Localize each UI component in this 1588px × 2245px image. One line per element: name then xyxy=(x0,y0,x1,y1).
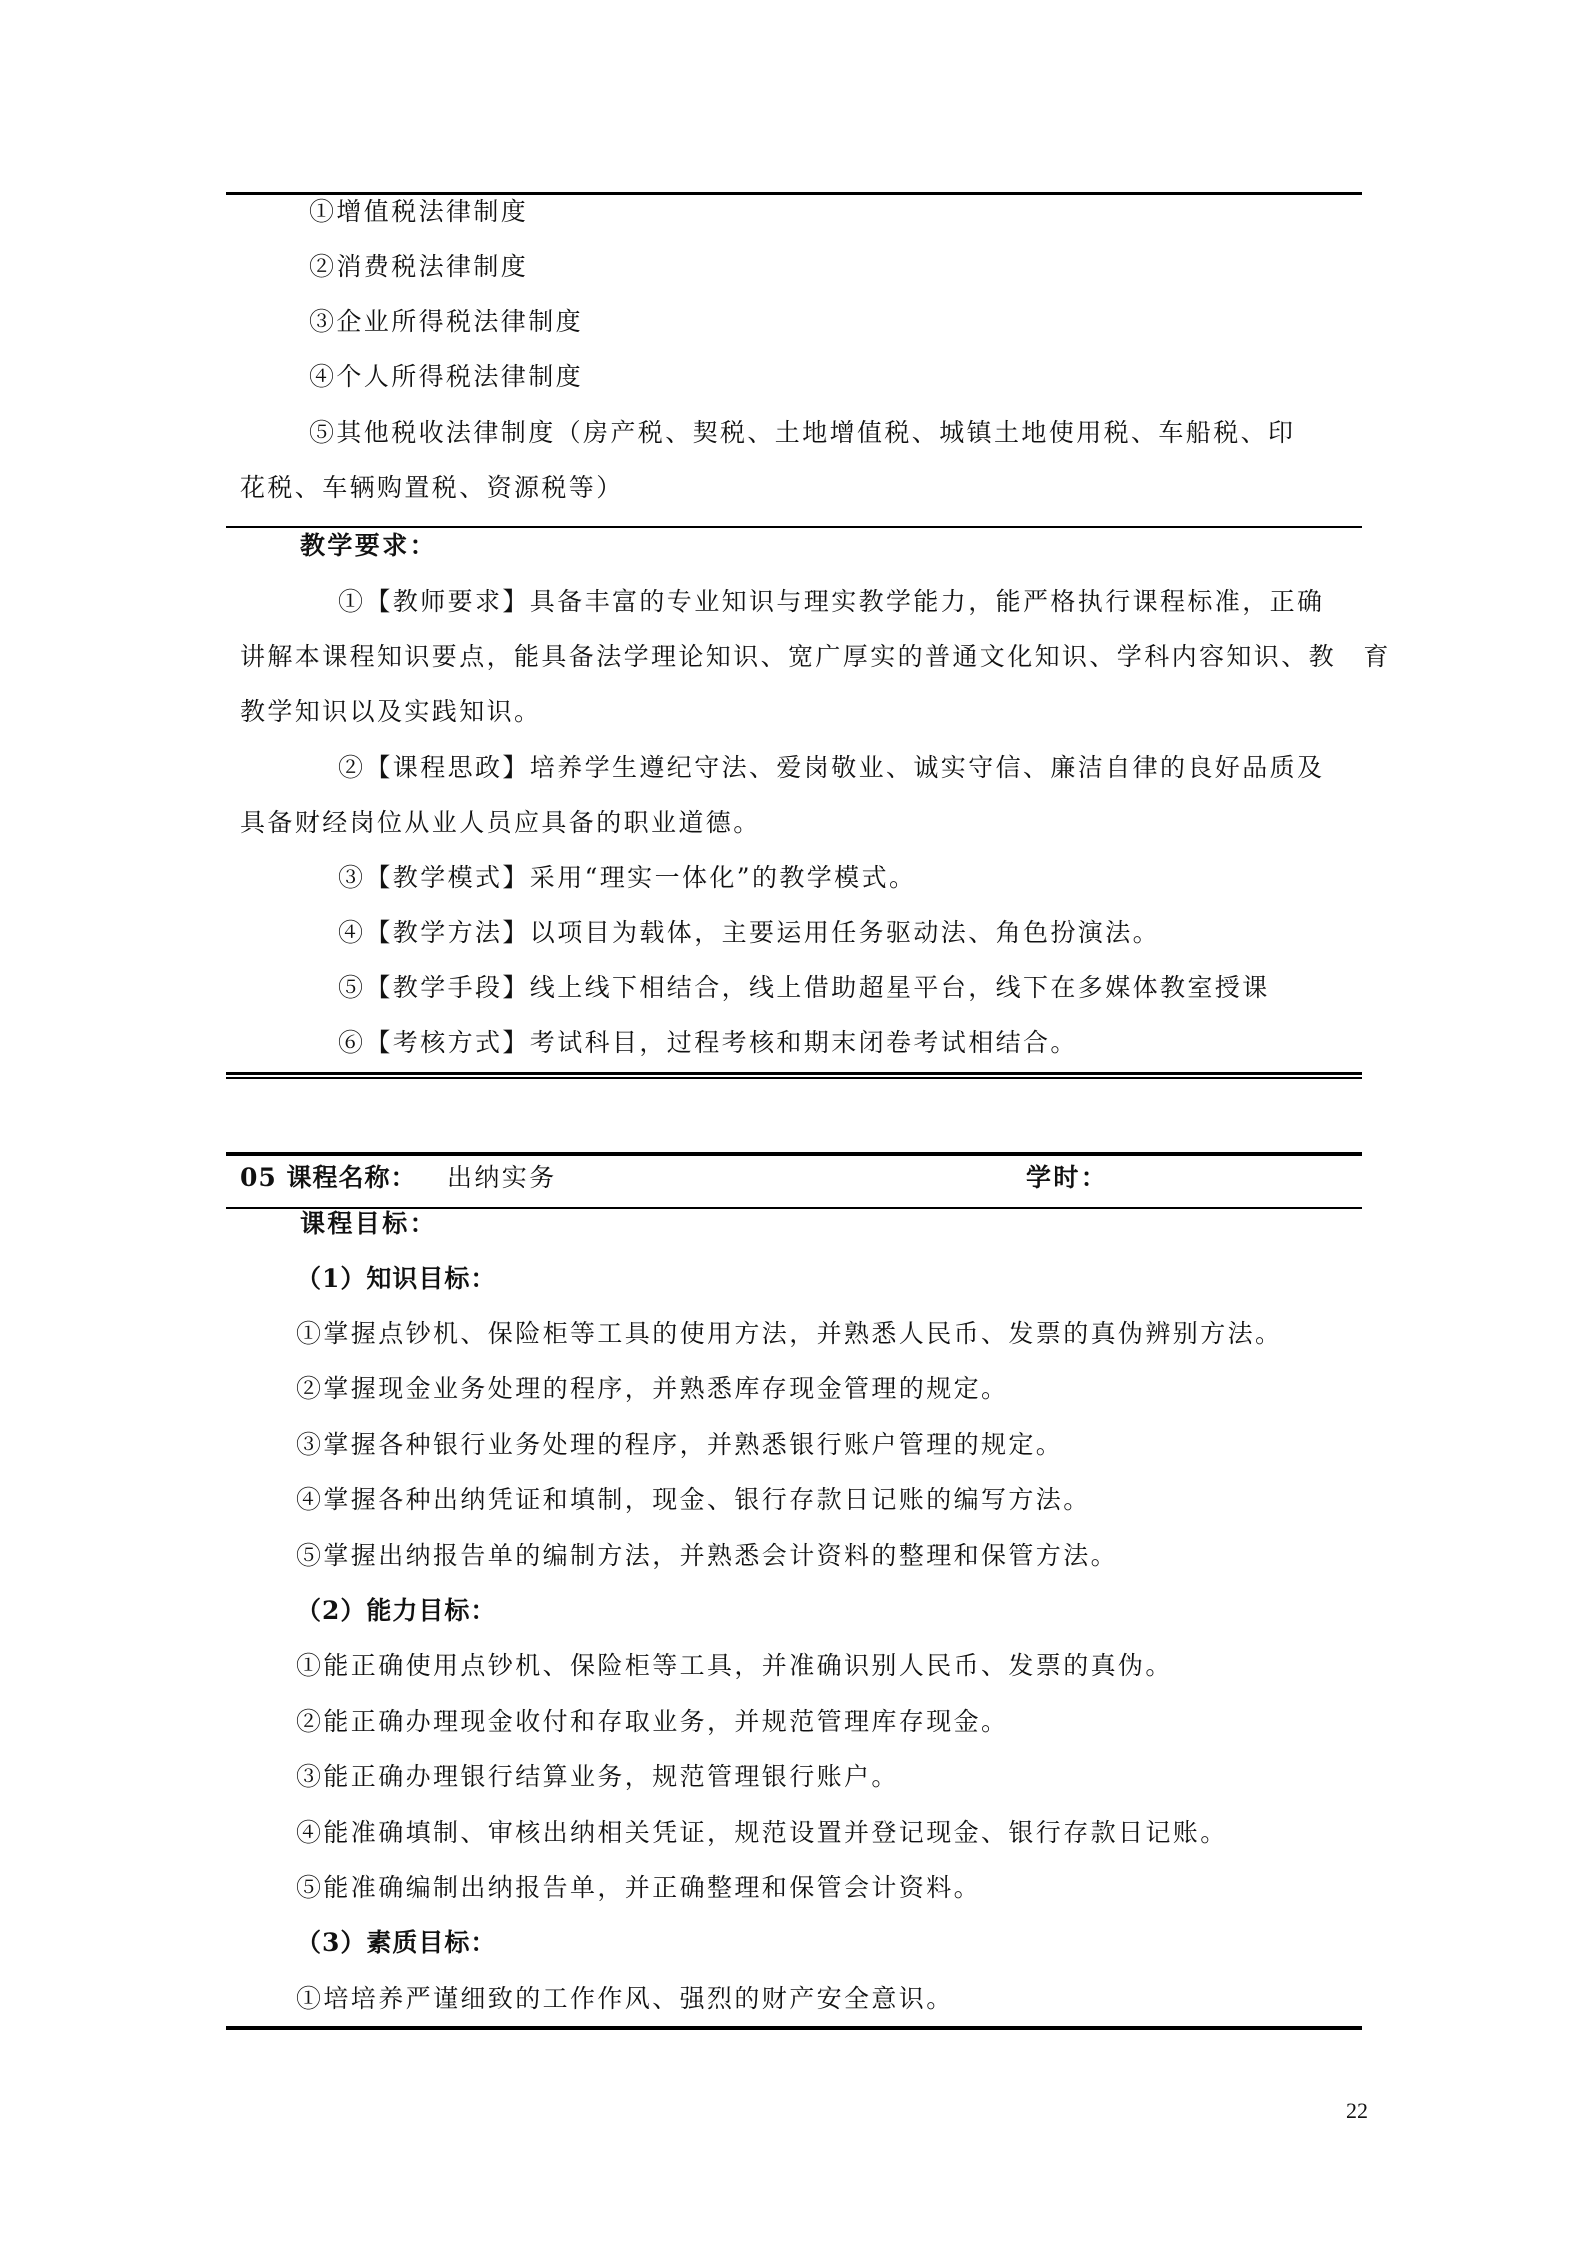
course-table-top-border xyxy=(226,1152,1362,1156)
req-assessment: ⑥【考核方式】考试科目，过程考核和期末闭卷考试相结合。 xyxy=(338,1028,1078,1058)
tax-item-2: ②消费税法律制度 xyxy=(309,252,528,282)
tax-item-1: ①增值税法律制度 xyxy=(309,197,528,227)
knowledge-goal-4: ④掌握各种出纳凭证和填制，现金、银行存款日记账的编写方法。 xyxy=(296,1485,1091,1515)
ability-goal-1: ①能正确使用点钞机、保险柜等工具，并准确识别人民币、发票的真伪。 xyxy=(296,1651,1173,1681)
page-number: 22 xyxy=(1346,2098,1368,2124)
course-table-bottom-border xyxy=(226,2026,1362,2030)
req-ideology-line-1: ②【课程思政】培养学生遵纪守法、爱岗敬业、诚实守信、廉洁自律的良好品质及 xyxy=(338,753,1324,783)
req-means: ⑤【教学手段】线上线下相结合，线上借助超星平台，线下在多媒体教室授课 xyxy=(338,973,1270,1003)
ability-goal-5: ⑤能准确编制出纳报告单，并正确整理和保管会计资料。 xyxy=(296,1873,981,1903)
ability-goal-3: ③能正确办理银行结算业务，规范管理银行账户。 xyxy=(296,1762,899,1792)
tax-item-3: ③企业所得税法律制度 xyxy=(309,307,583,337)
knowledge-goal-5: ⑤掌握出纳报告单的编制方法，并熟悉会计资料的整理和保管方法。 xyxy=(296,1541,1118,1571)
req-teacher-line-2: 讲解本课程知识要点，能具备法学理论知识、宽广厚实的普通文化知识、学科内容知识、教… xyxy=(240,642,1391,672)
knowledge-goal-3: ③掌握各种银行业务处理的程序，并熟悉银行账户管理的规定。 xyxy=(296,1430,1063,1460)
tax-item-5: ⑤其他税收法律制度（房产税、契税、土地增值税、城镇土地使用税、车船税、印 xyxy=(309,418,1295,448)
ability-goals-heading: （2）能力目标： xyxy=(296,1596,496,1626)
knowledge-goal-2: ②掌握现金业务处理的程序，并熟悉库存现金管理的规定。 xyxy=(296,1374,1008,1404)
tax-item-4: ④个人所得税法律制度 xyxy=(309,362,583,392)
course-hours-label: 学时： xyxy=(1026,1163,1108,1193)
table-bottom-double-border-1 xyxy=(226,1072,1362,1075)
section-divider xyxy=(226,526,1362,528)
knowledge-goal-1: ①掌握点钞机、保险柜等工具的使用方法，并熟悉人民币、发票的真伪辨别方法。 xyxy=(296,1319,1282,1349)
quality-goal-1: ①培培养严谨细致的工作作风、强烈的财产安全意识。 xyxy=(296,1984,954,2014)
course-name-value: 出纳实务 xyxy=(447,1163,557,1193)
ability-goal-4: ④能准确填制、审核出纳相关凭证，规范设置并登记现金、银行存款日记账。 xyxy=(296,1818,1228,1848)
course-name-label: 05 课程名称： xyxy=(240,1163,417,1193)
req-mode: ③【教学模式】采用“理实一体化”的教学模式。 xyxy=(338,863,916,893)
course-goals-heading: 课程目标： xyxy=(300,1209,437,1239)
quality-goals-heading: （3）素质目标： xyxy=(296,1928,496,1958)
table-bottom-double-border-2 xyxy=(226,1077,1362,1079)
table-top-border xyxy=(226,192,1362,195)
tax-item-5-cont: 花税、车辆购置税、资源税等） xyxy=(240,473,624,503)
ability-goal-2: ②能正确办理现金收付和存取业务，并规范管理库存现金。 xyxy=(296,1707,1008,1737)
teaching-requirements-heading: 教学要求： xyxy=(300,531,437,561)
req-ideology-line-2: 具备财经岗位从业人员应具备的职业道德。 xyxy=(240,808,761,838)
knowledge-goals-heading: （1）知识目标： xyxy=(296,1264,496,1294)
req-method: ④【教学方法】以项目为载体，主要运用任务驱动法、角色扮演法。 xyxy=(338,918,1160,948)
req-teacher-line-3: 教学知识以及实践知识。 xyxy=(240,697,541,727)
req-teacher-line-1: ①【教师要求】具备丰富的专业知识与理实教学能力，能严格执行课程标准，正确 xyxy=(338,587,1324,617)
